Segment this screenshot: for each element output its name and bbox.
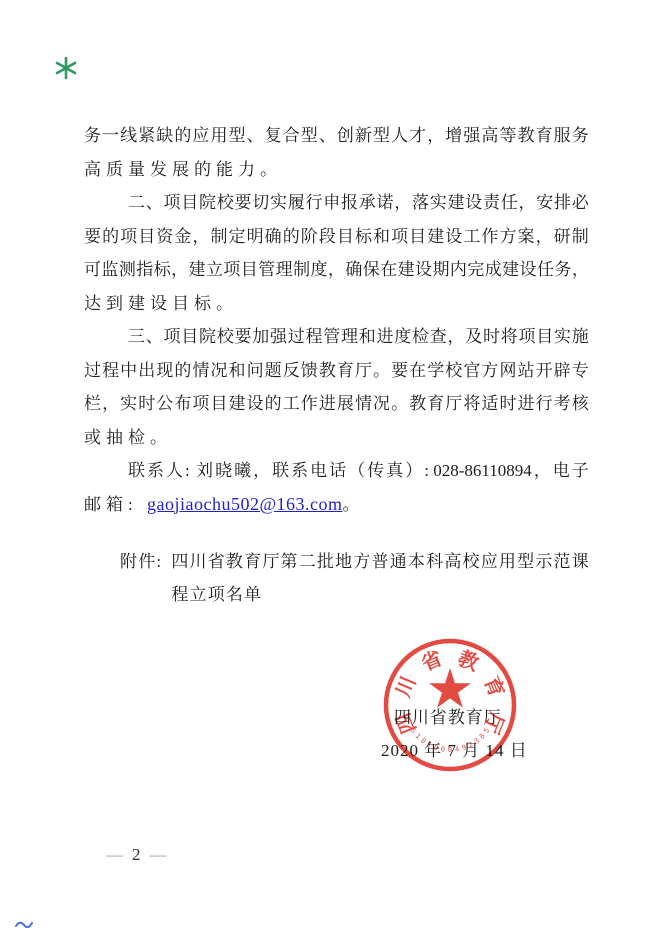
signature-org: 四川省教育厅	[394, 703, 501, 728]
page-number-value: 2	[132, 845, 141, 865]
seal-arc-char: 川	[392, 673, 421, 700]
seal-star-icon	[429, 668, 471, 708]
document-line: 过程中出现的情况和问题反馈教育厅。要在学校官方网站开辟专	[84, 354, 589, 388]
document-line: 联系人: 刘晓曦，联系电话（传真）: 028-86110894，电子	[84, 454, 589, 488]
document-line: 或抽检。	[84, 421, 589, 455]
attachment-text: 四川省教育厅第二批地方普通本科高校应用型示范课 程立项名单	[171, 546, 590, 611]
document-line: 二、项目院校要切实履行申报承诺，落实建设责任，安排必	[84, 186, 589, 220]
email-link[interactable]: gaojiaochu502@163.com	[147, 494, 343, 514]
attachment-line: 程立项名单	[171, 579, 590, 612]
document-line: 达到建设目标。	[84, 287, 589, 321]
body-text: 务一线紧缺的应用型、复合型、创新型人才，增强高等教育服务高质量发展的能力。二、项…	[84, 119, 589, 521]
seal-arc-char: 教	[455, 646, 484, 676]
blue-artifact-mark	[14, 918, 34, 930]
page-number-dash: —	[106, 845, 123, 865]
seal-arc-char: 育	[479, 673, 509, 701]
document-line: 可监测指标，建立项目管理制度，确保在建设期内完成建设任务，	[84, 253, 589, 287]
attachment-line: 四川省教育厅第二批地方普通本科高校应用型示范课	[171, 546, 590, 579]
document-line: 高质量发展的能力。	[84, 153, 589, 187]
signature-date: 2020 年 7 月 14 日	[381, 736, 528, 761]
page-number: — 2 —	[106, 845, 167, 865]
document-line: 栏，实时公布项目建设的工作进展情况。教育厅将适时进行考核	[84, 387, 589, 421]
document-page: 务一线紧缺的应用型、复合型、创新型人才，增强高等教育服务高质量发展的能力。二、项…	[0, 0, 671, 947]
attachment-block: 附件: 四川省教育厅第二批地方普通本科高校应用型示范课 程立项名单	[120, 546, 590, 611]
green-artifact-mark	[54, 56, 78, 80]
document-line: 务一线紧缺的应用型、复合型、创新型人才，增强高等教育服务	[84, 119, 589, 153]
seal-arc-char: 省	[418, 646, 446, 676]
page-number-dash: —	[150, 845, 167, 865]
document-line: 三、项目院校要加强过程管理和进度检查，及时将项目实施	[84, 320, 589, 354]
document-line: 要的项目资金，制定明确的阶段目标和项目建设工作方案，研制	[84, 220, 589, 254]
document-line: 邮箱: gaojiaochu502@163.com。	[84, 488, 589, 522]
attachment-label: 附件:	[120, 546, 162, 611]
